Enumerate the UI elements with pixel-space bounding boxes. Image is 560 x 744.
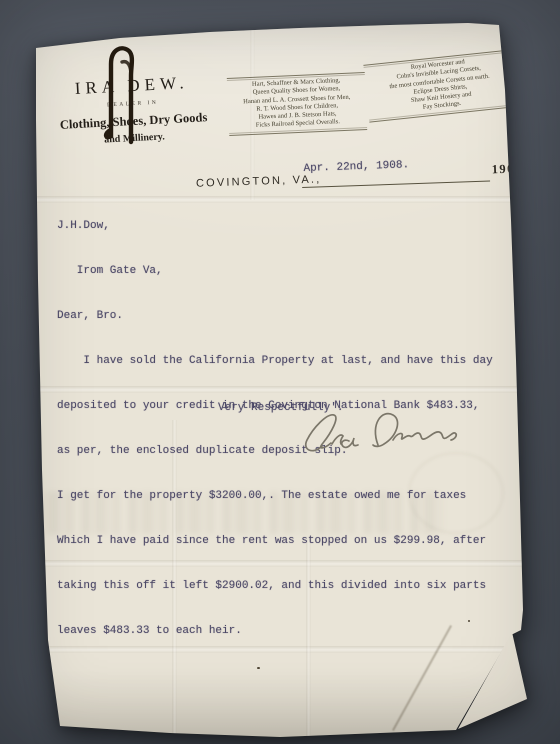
recipient-line: J.H.Dow, <box>57 216 493 237</box>
photo-backdrop: IRA DEW. DEALER IN Clothing, Shoes, Dry … <box>0 0 560 744</box>
body-line: leaves $483.33 to each heir. <box>57 621 493 642</box>
letter-paper-wrapper: IRA DEW. DEALER IN Clothing, Shoes, Dry … <box>0 0 560 744</box>
signature-ira-dew <box>298 402 480 462</box>
salutation-line: Dear, Bro. <box>57 306 493 327</box>
dateline-rule <box>302 180 490 188</box>
address-line: Irom Gate Va, <box>57 261 493 282</box>
body-line: taking this off it left $2900.02, and th… <box>57 576 493 597</box>
typed-date: Apr. 22nd, 1908. <box>303 159 409 175</box>
body-line: I have sold the California Property at l… <box>57 351 493 372</box>
letter-paper: IRA DEW. DEALER IN Clothing, Shoes, Dry … <box>0 0 560 744</box>
letterhead-right-panel: Royal Worcester and Cohn's Invisible Lac… <box>363 48 516 123</box>
body-line: Which I have paid since the rent was sto… <box>57 531 493 552</box>
body-line: I get for the property $3200.00,. The es… <box>57 486 493 507</box>
paper-speck <box>257 667 260 669</box>
printed-year-stub: 190 <box>491 162 515 178</box>
letterhead-center-panel: Hart, Schaffner & Marx Clothing, Queen Q… <box>227 71 367 137</box>
paperclip <box>92 34 144 146</box>
